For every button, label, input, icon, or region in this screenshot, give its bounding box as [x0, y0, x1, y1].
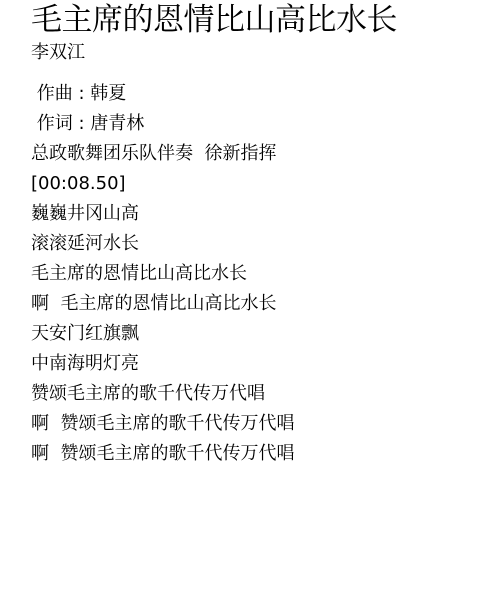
- song-artist: 李双江: [31, 40, 85, 66]
- lyric-line: 啊 赞颂毛主席的歌千代传万代唱: [31, 409, 294, 439]
- lyric-line: 啊 毛主席的恩情比山高比水长: [31, 289, 294, 319]
- lyric-line-timestamp: [00:08.50]: [31, 169, 294, 199]
- lyric-line: 毛主席的恩情比山高比水长: [31, 259, 294, 289]
- lyric-line-accompaniment: 总政歌舞团乐队伴奏 徐新指挥: [31, 139, 294, 169]
- lyrics-list: 作曲 : 韩夏 作词 : 唐青林 总政歌舞团乐队伴奏 徐新指挥 [00:08.5…: [31, 79, 294, 469]
- song-title: 毛主席的恩情比山高比水长: [31, 0, 397, 40]
- lyric-line: 啊 赞颂毛主席的歌千代传万代唱: [31, 439, 294, 469]
- lyric-line: 天安门红旗飘: [31, 319, 294, 349]
- lyric-line: 滚滚延河水长: [31, 229, 294, 259]
- lyric-line: 中南海明灯亮: [31, 349, 294, 379]
- lyric-line: 赞颂毛主席的歌千代传万代唱: [31, 379, 294, 409]
- lyric-line-lyricist: 作词 : 唐青林: [31, 109, 294, 139]
- lyric-line: 巍巍井冈山高: [31, 199, 294, 229]
- lyric-line-composer: 作曲 : 韩夏: [31, 79, 294, 109]
